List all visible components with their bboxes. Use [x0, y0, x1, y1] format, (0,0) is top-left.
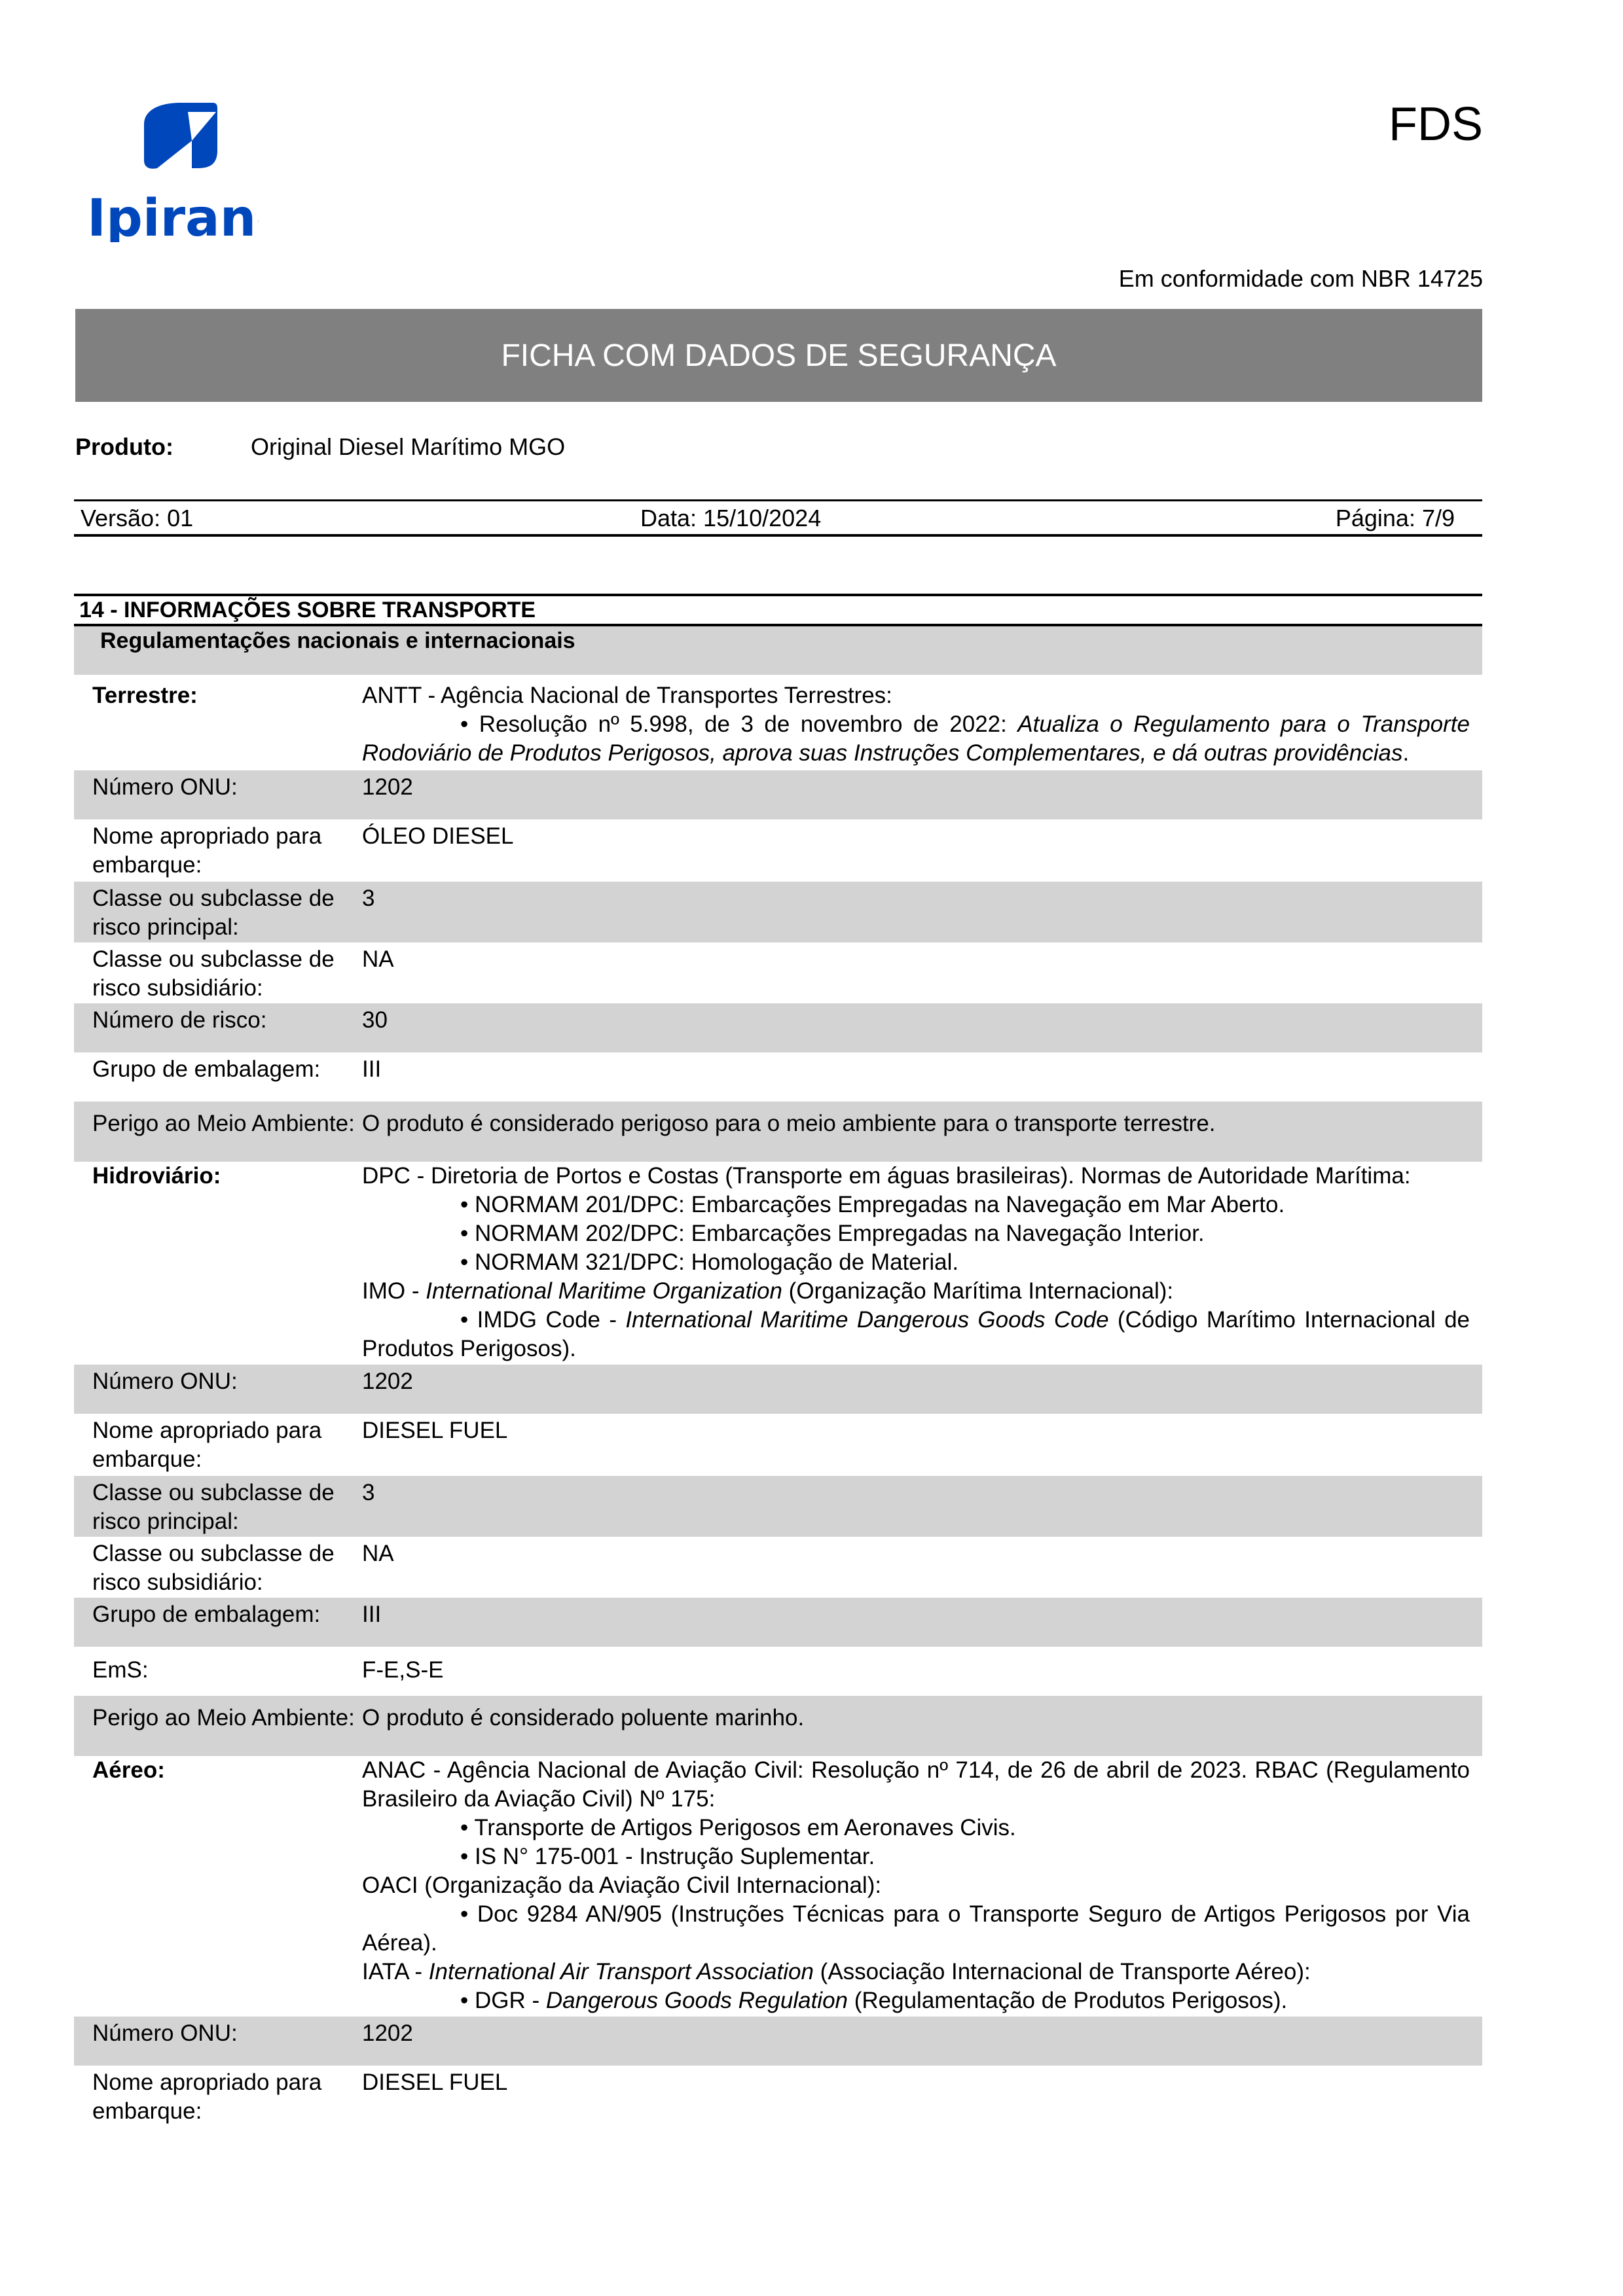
detail-label: Classe ou subclasse de risco subsidiário… [74, 1539, 362, 1598]
hidroviario-details: Número ONU:1202Nome apropriado para emba… [74, 1365, 1482, 1756]
detail-row: Nome apropriado para embarque:ÓLEO DIESE… [74, 819, 1482, 882]
detail-row: Número de risco:30 [74, 1003, 1482, 1052]
mode-label: Hidroviário: [74, 1162, 362, 1363]
section-transport-info: 14 - INFORMAÇÕES SOBRE TRANSPORTE Regula… [74, 594, 1482, 2128]
detail-value: 1202 [362, 773, 1470, 819]
detail-label: Número de risco: [74, 1006, 362, 1052]
transport-mode-row-terrestre: Terrestre: ANTT - Agência Nacional de Tr… [74, 675, 1482, 770]
oaci-bullet: • Doc 9284 AN/905 (Instruções Técnicas p… [362, 1900, 1470, 1958]
detail-value: 3 [362, 1479, 1470, 1537]
product-name: Original Diesel Marítimo MGO [251, 433, 565, 461]
detail-row: Número ONU:1202 [74, 2017, 1482, 2066]
detail-label: Grupo de embalagem: [74, 1055, 362, 1102]
mode-label: Aéreo: [74, 1756, 362, 2015]
detail-row: Perigo ao Meio Ambiente:O produto é cons… [74, 1696, 1482, 1756]
document-title-banner: FICHA COM DADOS DE SEGURANÇA [75, 309, 1482, 402]
detail-value: 30 [362, 1006, 1470, 1052]
page-number: Página: 7/9 [1336, 505, 1455, 532]
regulation-bullet: • Transporte de Artigos Perigosos em Aer… [362, 1814, 1470, 1842]
ipiranga-logo: Ipiranga [82, 101, 259, 242]
detail-label: Número ONU: [74, 773, 362, 819]
detail-label: Número ONU: [74, 1367, 362, 1414]
regulation-bullet: • NORMAM 202/DPC: Embarcações Empregadas… [362, 1219, 1470, 1248]
detail-label: Número ONU: [74, 2019, 362, 2066]
mode-label: Terrestre: [74, 681, 362, 768]
detail-label: Nome apropriado para embarque: [74, 1416, 362, 1476]
detail-value: III [362, 1600, 1470, 1647]
detail-value: 3 [362, 884, 1470, 942]
detail-label: Classe ou subclasse de risco principal: [74, 884, 362, 942]
imdg-bullet: • IMDG Code - International Maritime Dan… [362, 1306, 1470, 1363]
ipiranga-emblem-icon [144, 103, 217, 169]
regulation-bullet: • NORMAM 201/DPC: Embarcações Empregadas… [362, 1191, 1470, 1219]
detail-label: Nome apropriado para embarque: [74, 822, 362, 882]
imo-line: IMO - International Maritime Organizatio… [362, 1277, 1470, 1306]
detail-row: Número ONU:1202 [74, 770, 1482, 819]
detail-value: O produto é considerado poluente marinho… [362, 1704, 1470, 1756]
detail-label: Nome apropriado para embarque: [74, 2068, 362, 2128]
detail-row: Número ONU:1202 [74, 1365, 1482, 1414]
detail-label: Grupo de embalagem: [74, 1600, 362, 1647]
dgr-bullet: • DGR - Dangerous Goods Regulation (Regu… [362, 1986, 1470, 2015]
detail-row: Classe ou subclasse de risco principal:3 [74, 882, 1482, 942]
ipiranga-wordmark: Ipiranga [87, 189, 259, 242]
detail-row: Classe ou subclasse de risco principal:3 [74, 1476, 1482, 1537]
regulation-bullet: • IS N° 175-001 - Instrução Suplementar. [362, 1842, 1470, 1871]
iata-line: IATA - International Air Transport Assoc… [362, 1958, 1470, 1986]
detail-label: Perigo ao Meio Ambiente: [74, 1109, 362, 1162]
date-text: Data: 15/10/2024 [640, 505, 821, 532]
document-meta-bar: Versão: 01 Data: 15/10/2024 Página: 7/9 [74, 499, 1482, 537]
detail-value: NA [362, 945, 1470, 1003]
detail-row: Grupo de embalagem:III [74, 1598, 1482, 1647]
detail-value: III [362, 1055, 1470, 1102]
version-text: Versão: 01 [81, 505, 193, 532]
detail-label: Perigo ao Meio Ambiente: [74, 1704, 362, 1756]
detail-value: 1202 [362, 1367, 1470, 1414]
detail-value: O produto é considerado perigoso para o … [362, 1109, 1470, 1162]
detail-value: DIESEL FUEL [362, 2068, 1470, 2128]
detail-row: Perigo ao Meio Ambiente:O produto é cons… [74, 1102, 1482, 1162]
section-title: 14 - INFORMAÇÕES SOBRE TRANSPORTE [74, 594, 1482, 626]
regulation-bullet: • NORMAM 321/DPC: Homologação de Materia… [362, 1248, 1470, 1277]
transport-mode-row-aereo: Aéreo: ANAC - Agência Nacional de Aviaçã… [74, 1756, 1482, 2017]
detail-row: Nome apropriado para embarque:DIESEL FUE… [74, 2066, 1482, 2128]
regulation-intro: DPC - Diretoria de Portos e Costas (Tran… [362, 1162, 1470, 1191]
conformity-note: Em conformidade com NBR 14725 [1119, 265, 1483, 293]
section-subtitle: Regulamentações nacionais e internaciona… [74, 626, 1482, 675]
mode-regulations: ANTT - Agência Nacional de Transportes T… [362, 681, 1470, 768]
detail-label: EmS: [74, 1656, 362, 1696]
regulation-intro: ANTT - Agência Nacional de Transportes T… [362, 681, 1470, 710]
detail-label: Classe ou subclasse de risco subsidiário… [74, 945, 362, 1003]
detail-row: Grupo de embalagem:III [74, 1052, 1482, 1102]
document-title: FICHA COM DADOS DE SEGURANÇA [501, 338, 1056, 374]
mode-regulations: ANAC - Agência Nacional de Aviação Civil… [362, 1756, 1470, 2015]
oaci-line: OACI (Organização da Aviação Civil Inter… [362, 1871, 1470, 1900]
detail-label: Classe ou subclasse de risco principal: [74, 1479, 362, 1537]
mode-regulations: DPC - Diretoria de Portos e Costas (Tran… [362, 1162, 1470, 1363]
terrestre-details: Número ONU:1202Nome apropriado para emba… [74, 770, 1482, 1162]
detail-value: F-E,S-E [362, 1656, 1470, 1696]
detail-row: EmS:F-E,S-E [74, 1647, 1482, 1696]
document-code: FDS [1389, 98, 1483, 151]
detail-row: Nome apropriado para embarque:DIESEL FUE… [74, 1414, 1482, 1476]
aereo-details: Número ONU:1202Nome apropriado para emba… [74, 2017, 1482, 2128]
regulation-intro: ANAC - Agência Nacional de Aviação Civil… [362, 1756, 1470, 1814]
regulation-bullet: • Resolução nº 5.998, de 3 de novembro d… [362, 710, 1470, 768]
detail-value: NA [362, 1539, 1470, 1598]
product-label: Produto: [75, 433, 173, 461]
detail-row: Classe ou subclasse de risco subsidiário… [74, 1537, 1482, 1598]
detail-value: 1202 [362, 2019, 1470, 2066]
detail-value: ÓLEO DIESEL [362, 822, 1470, 882]
detail-row: Classe ou subclasse de risco subsidiário… [74, 942, 1482, 1003]
transport-mode-row-hidroviario: Hidroviário: DPC - Diretoria de Portos e… [74, 1162, 1482, 1365]
detail-value: DIESEL FUEL [362, 1416, 1470, 1476]
